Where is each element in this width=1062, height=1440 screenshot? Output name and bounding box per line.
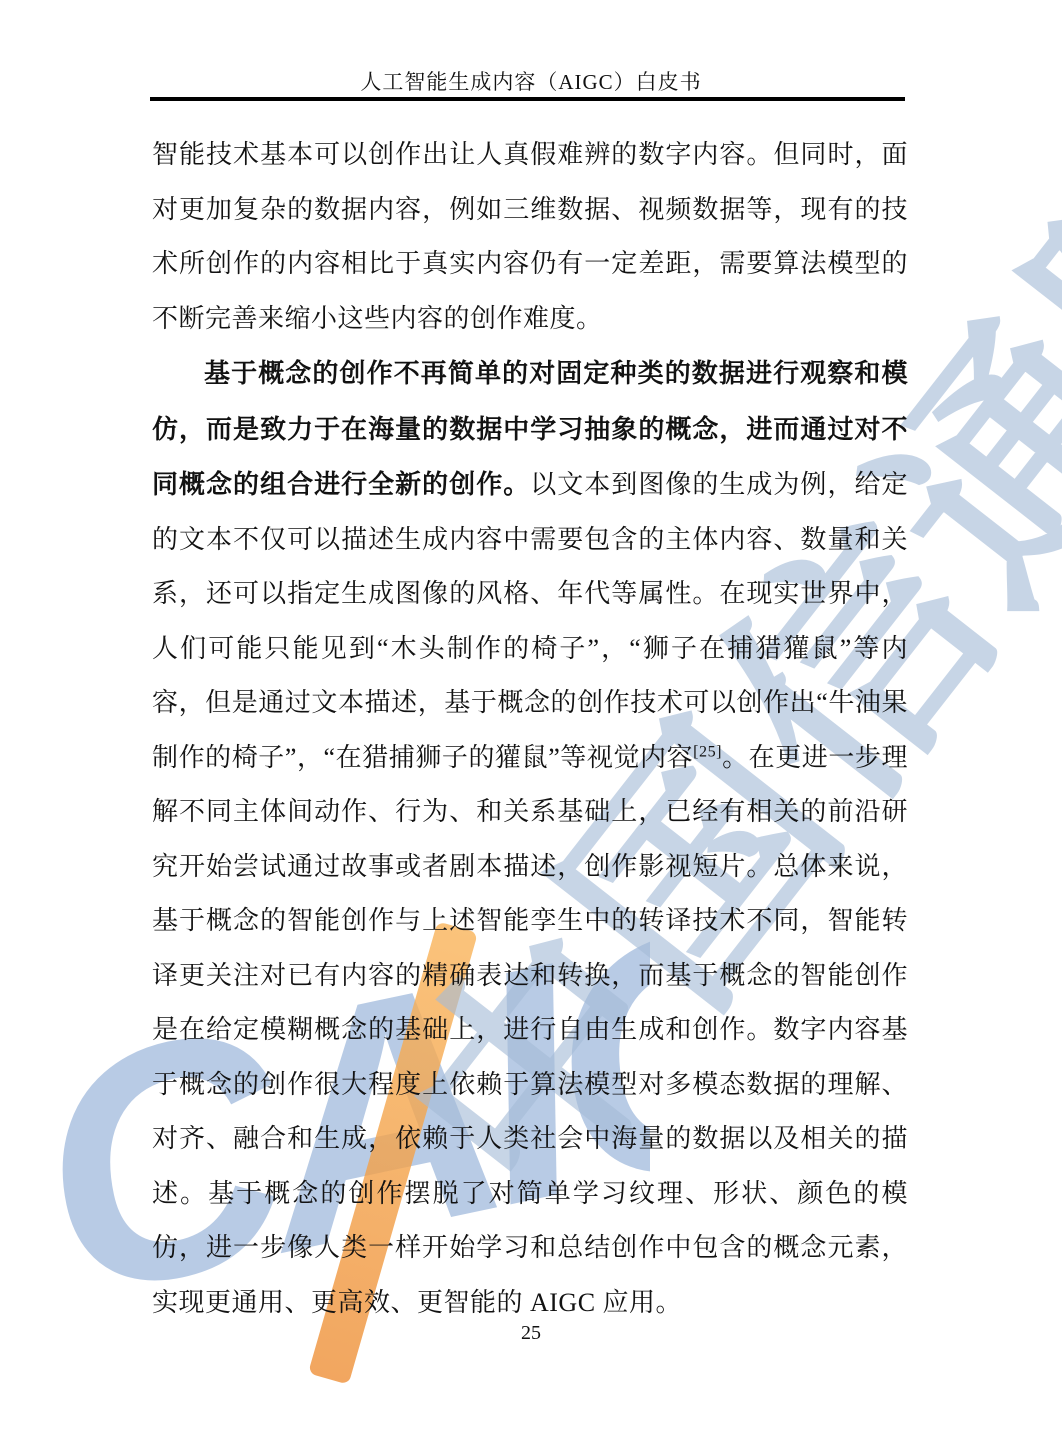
body-text: 智能技术基本可以创作出让人真假难辨的数字内容。但同时，面对更加复杂的数据内容，例… — [152, 128, 908, 1330]
header-rule — [150, 97, 905, 101]
paragraph-concept-creation: 基于概念的创作不再简单的对固定种类的数据进行观察和模仿，而是致力于在海量的数据中… — [152, 346, 908, 1330]
paragraph-text-part1: 以文本到图像的生成为例，给定的文本不仅可以描述生成内容中需要包含的主体内容、数量… — [152, 470, 908, 772]
paragraph-continuation: 智能技术基本可以创作出让人真假难辨的数字内容。但同时，面对更加复杂的数据内容，例… — [152, 128, 908, 346]
paragraph-text-part2: 。在更进一步理解不同主体间动作、行为、和关系基础上，已经有相关的前沿研究开始尝试… — [152, 743, 908, 1317]
header-title: 人工智能生成内容（AIGC）白皮书 — [0, 66, 1062, 96]
document-page: CAICT 中国信通院 人工智能生成内容（AIGC）白皮书 智能技术基本可以创作… — [0, 0, 1062, 1440]
document-header: 人工智能生成内容（AIGC）白皮书 — [0, 0, 1062, 96]
page-number: 25 — [0, 1322, 1062, 1345]
citation-25: [25] — [693, 743, 722, 760]
